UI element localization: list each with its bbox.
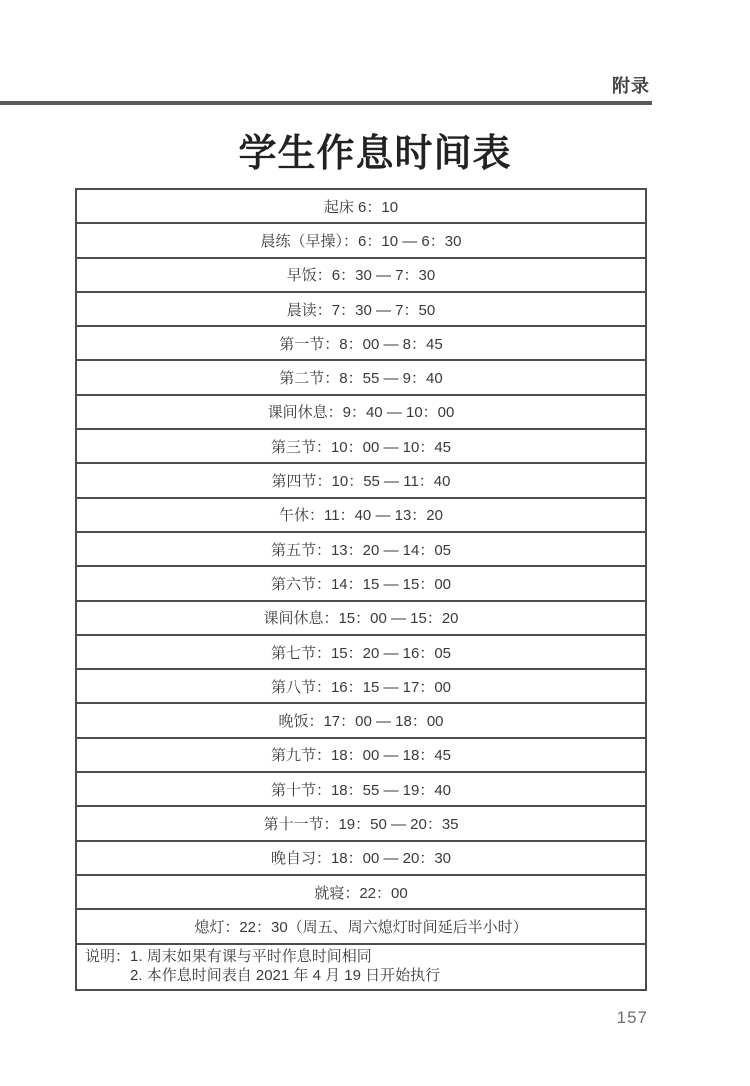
schedule-row: 早饭：6：30 — 7：30 <box>77 259 645 293</box>
schedule-row: 晨练（早操）：6：10 — 6：30 <box>77 224 645 258</box>
schedule-row: 晨读：7：30 — 7：50 <box>77 293 645 327</box>
schedule-row: 第二节：8：55 — 9：40 <box>77 361 645 395</box>
schedule-row: 第十一节：19：50 — 20：35 <box>77 807 645 841</box>
schedule-row: 第一节：8：00 — 8：45 <box>77 327 645 361</box>
appendix-header-label: 附录 <box>612 72 650 98</box>
schedule-row: 第十节：18：55 — 19：40 <box>77 773 645 807</box>
schedule-row: 第六节：14：15 — 15：00 <box>77 567 645 601</box>
schedule-row: 第七节：15：20 — 16：05 <box>77 636 645 670</box>
schedule-row: 午休：11：40 — 13：20 <box>77 499 645 533</box>
schedule-row: 第五节：13：20 — 14：05 <box>77 533 645 567</box>
notes-items: 1. 周末如果有课与平时作息时间相同 2. 本作息时间表自 2021 年 4 月… <box>130 947 637 985</box>
schedule-row: 课间休息：9：40 — 10：00 <box>77 396 645 430</box>
schedule-row: 熄灯：22：30（周五、周六熄灯时间延后半小时） <box>77 910 645 944</box>
page-title: 学生作息时间表 <box>0 122 750 177</box>
notes-line: 1. 周末如果有课与平时作息时间相同 <box>130 947 637 966</box>
page-number: 157 <box>617 1008 648 1028</box>
schedule-row: 就寝：22：00 <box>77 876 645 910</box>
schedule-notes-row: 说明： 1. 周末如果有课与平时作息时间相同 2. 本作息时间表自 2021 年… <box>77 945 645 989</box>
schedule-row: 起床 6：10 <box>77 190 645 224</box>
header-rule <box>0 101 652 105</box>
notes-label: 说明： <box>85 947 130 966</box>
schedule-row: 晚饭：17：00 — 18：00 <box>77 704 645 738</box>
schedule-row: 第三节：10：00 — 10：45 <box>77 430 645 464</box>
schedule-row: 课间休息：15：00 — 15：20 <box>77 602 645 636</box>
schedule-row: 第九节：18：00 — 18：45 <box>77 739 645 773</box>
schedule-row: 晚自习：18：00 — 20：30 <box>77 842 645 876</box>
schedule-table: 起床 6：10 晨练（早操）：6：10 — 6：30 早饭：6：30 — 7：3… <box>75 188 647 991</box>
schedule-row: 第八节：16：15 — 17：00 <box>77 670 645 704</box>
notes-line: 2. 本作息时间表自 2021 年 4 月 19 日开始执行 <box>130 966 637 985</box>
document-page: 附录 学生作息时间表 起床 6：10 晨练（早操）：6：10 — 6：30 早饭… <box>0 0 750 1086</box>
schedule-row: 第四节：10：55 — 11：40 <box>77 464 645 498</box>
